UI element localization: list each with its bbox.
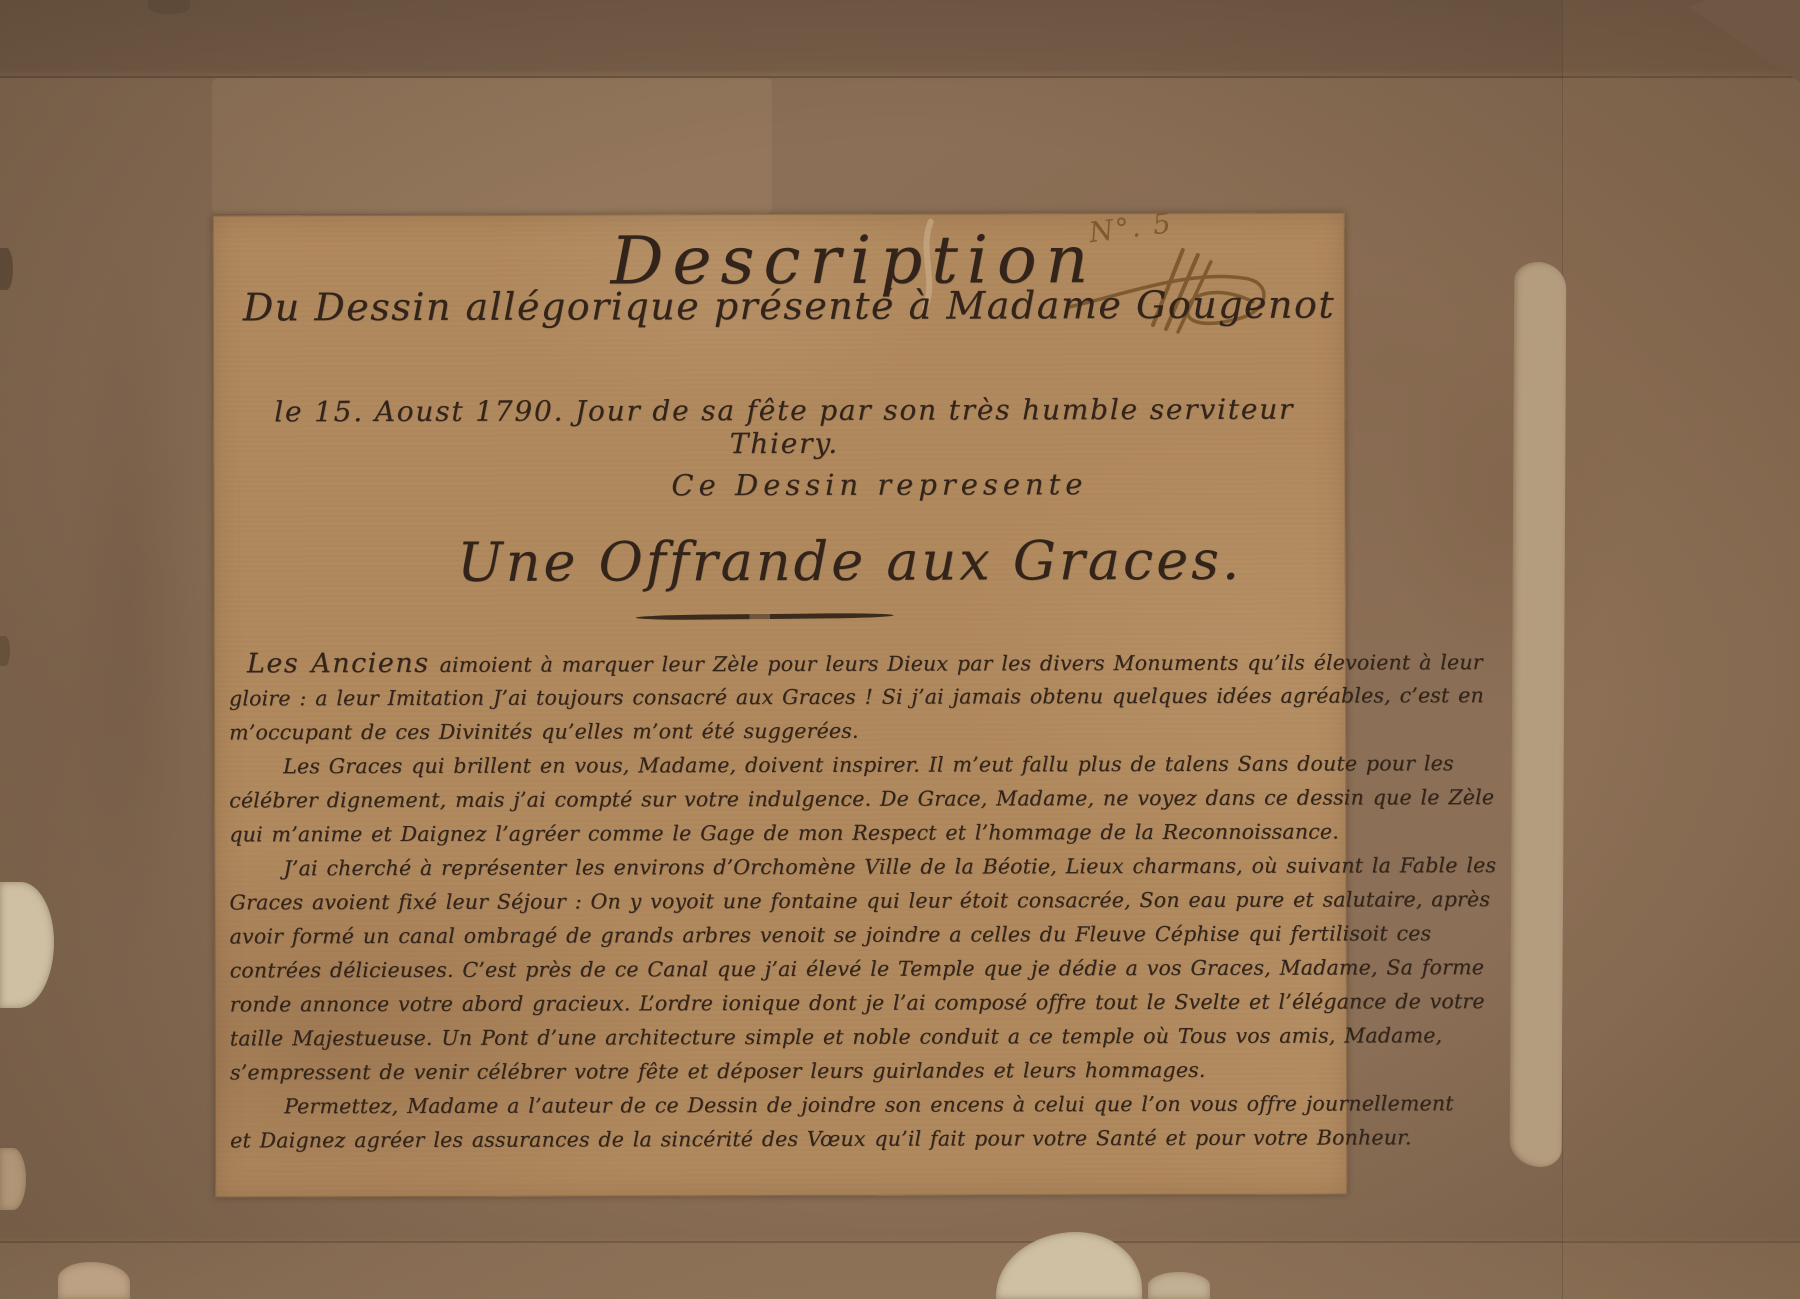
manuscript-sheet: Description N°. 5 Du Dessin allégorique … [213,213,1348,1198]
body-line: et Daignez agréer les assurances de la s… [230,1123,1333,1160]
dedication-line-2: le 15. Aoust 1790. Jour de sa fête par s… [218,393,1350,462]
body-line: avoir formé un canal ombragé de grands a… [230,919,1333,956]
crease-top [0,76,1800,78]
edge-spot [0,248,13,290]
edge-spot [0,636,10,666]
crease-right-panel [1562,0,1800,1299]
crease-bottom [0,1241,1800,1243]
body-line: Graces avoient fixé leur Séjour : On y v… [229,885,1332,922]
torn-chip-left-small [0,1148,26,1210]
body-line: s’empressent de venir célébrer votre fêt… [230,1055,1333,1092]
body-line: m’occupant de ces Divinités qu’elles m’o… [229,715,1332,752]
torn-chip-left [0,882,54,1008]
torn-chip-bottom-right-2 [1148,1272,1210,1299]
body-line: gloire : a leur Imitation J’ai toujours … [229,681,1332,718]
body-line: Les Graces qui brillent en vous, Madame,… [229,749,1332,786]
body-line-lead: Les Anciens [247,648,430,679]
torn-edge-right [1510,262,1567,1167]
body-line: taille Majestueuse. Un Pont d’une archit… [230,1021,1333,1058]
body-line: contrées délicieuses. C’est près de ce C… [230,953,1333,990]
presents-line: Ce Dessin represente [313,466,1445,503]
body-line: qui m’anime et Daignez l’agréer comme le… [229,817,1332,854]
body-line-text: aimoient à marquer leur Zèle pour leurs … [440,650,1483,677]
notch-top-left [148,0,190,14]
body-line: Permettez, Madame a l’auteur de ce Dessi… [230,1089,1333,1126]
dedication-line-1: Du Dessin allégorique présenté à Madame … [223,282,1355,329]
body-text: Les Anciensaimoient à marquer leur Zèle … [229,647,1333,1160]
body-line: Les Anciensaimoient à marquer leur Zèle … [229,647,1332,684]
board-light-patch [212,78,772,214]
body-line: ronde annonce votre abord gracieux. L’or… [230,987,1333,1024]
offering-heading: Une Offrande aux Graces. [284,528,1416,594]
board-stain-left [55,140,205,1060]
manuscript-photo: { "manuscript": { "title": "Description"… [0,0,1800,1299]
heading-underline-stroke [636,613,894,620]
body-line: célébrer dignement, mais j’ai compté sur… [229,783,1332,820]
body-line: J’ai cherché à représenter les environs … [229,851,1332,888]
torn-chip-bottom-left [58,1262,130,1299]
